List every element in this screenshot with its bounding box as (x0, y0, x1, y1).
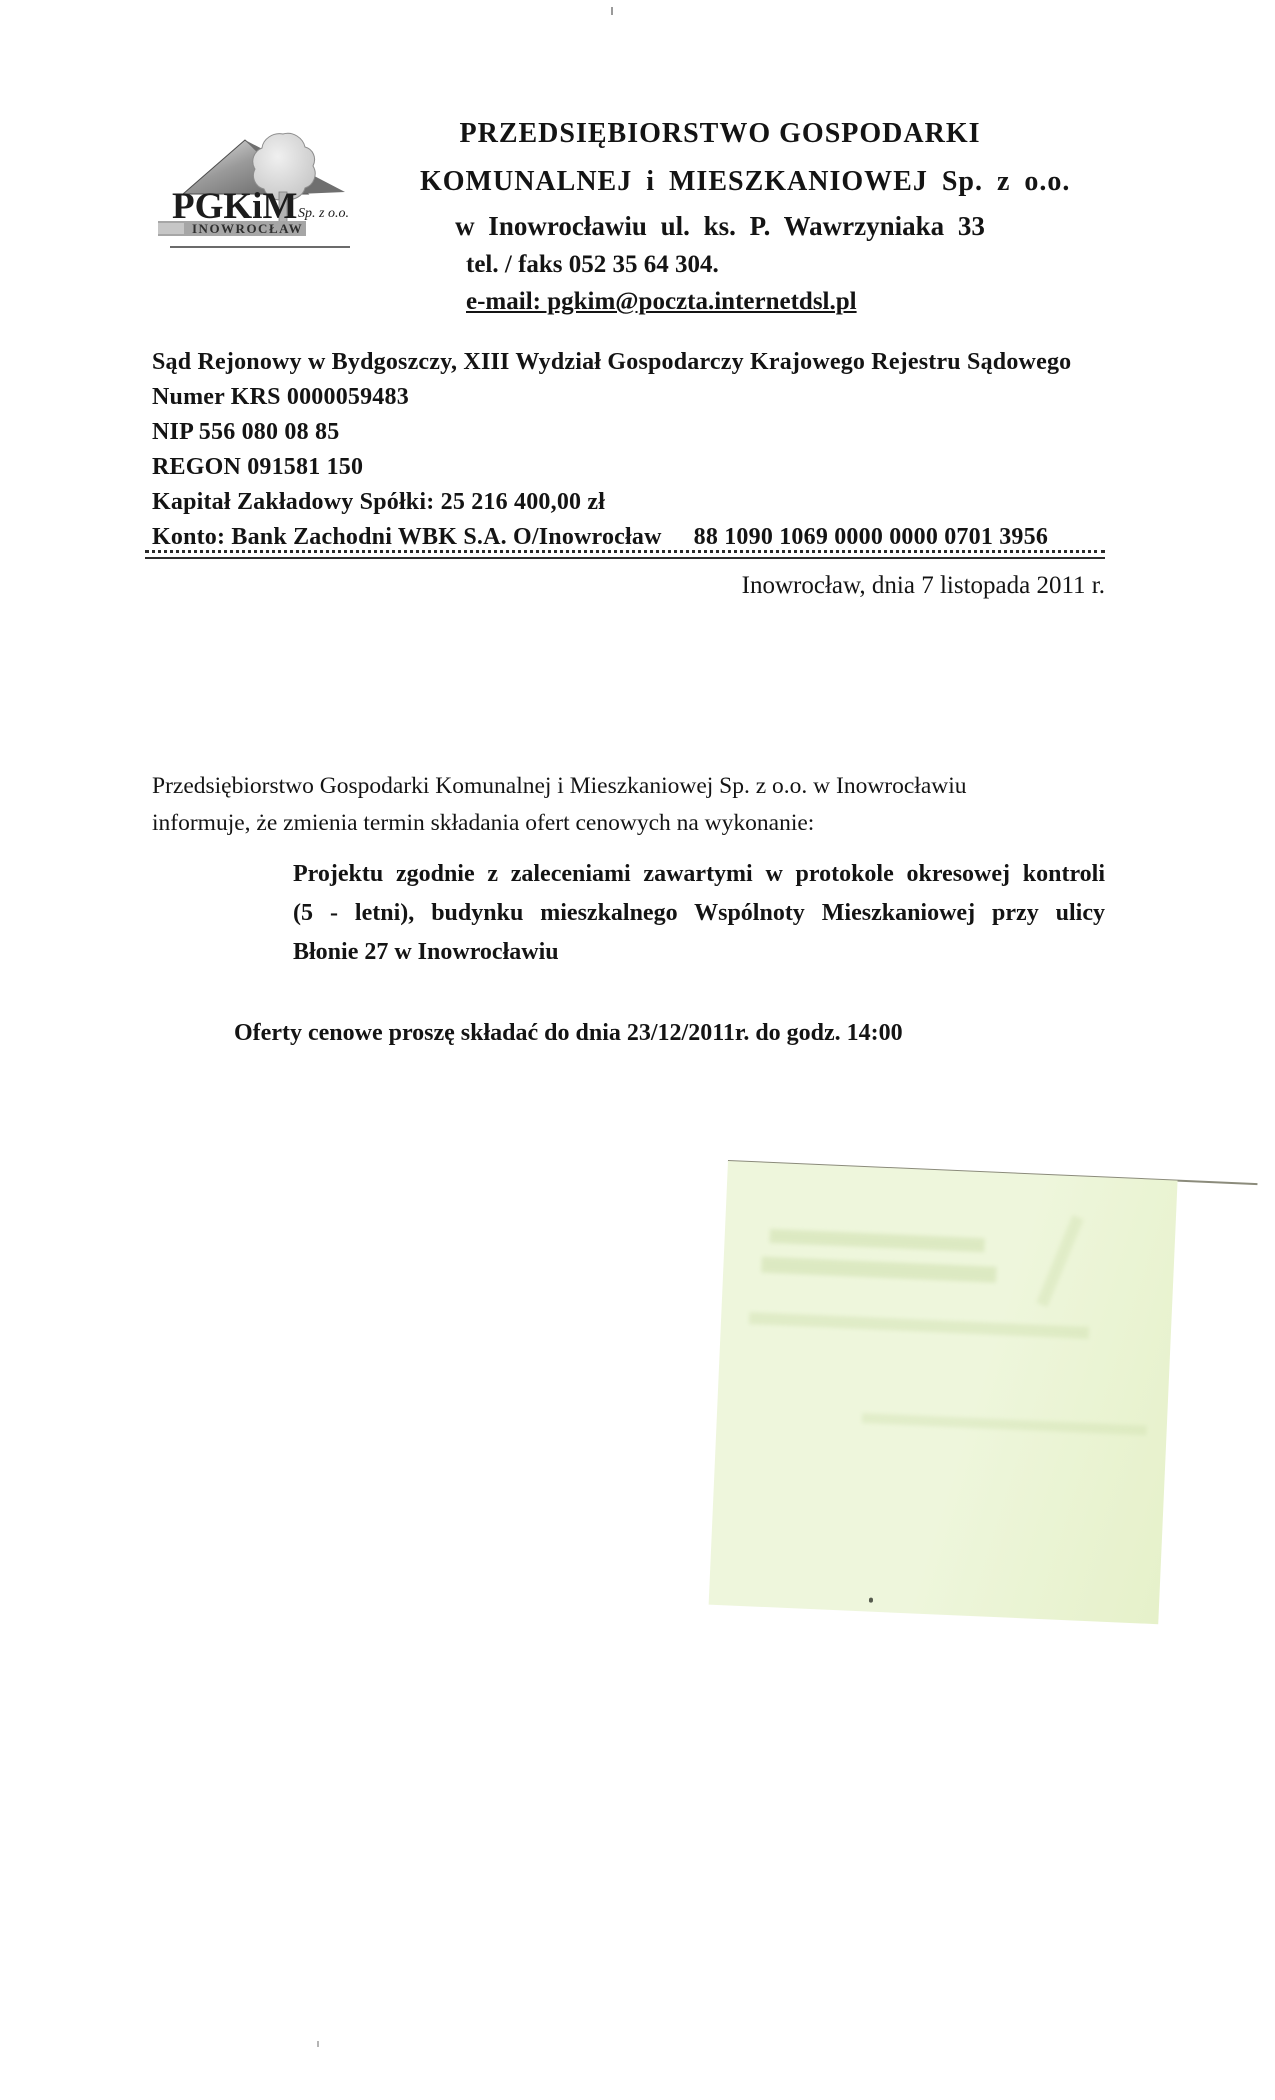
subject-line2: (5 - letni), budynku mieszkalnego Wspóln… (293, 894, 1105, 933)
bank-account-label: Konto: Bank Zachodni WBK S.A. O/Inowrocł… (152, 524, 662, 550)
logo-suffix-text: Sp. z o.o. (298, 206, 349, 221)
company-name-line2: KOMUNALNEJ i MIESZKANIOWEJ Sp. z o.o. (420, 166, 1020, 198)
krs-number: Numer KRS 0000059483 (152, 384, 409, 411)
ink-dot (869, 1598, 873, 1603)
intro-paragraph: Przedsiębiorstwo Gospodarki Komunalnej i… (152, 768, 1052, 842)
ghost-text-line (749, 1312, 1089, 1339)
date-place-line: Inowrocław, dnia 7 listopada 2011 r. (600, 572, 1105, 600)
ghost-streak (1036, 1215, 1083, 1307)
registration-block: Sąd Rejonowy w Bydgoszczy, XIII Wydział … (152, 345, 1152, 560)
bank-account-number: 88 1090 1069 0000 0000 0701 3956 (694, 524, 1048, 550)
scan-speck (611, 7, 613, 15)
dotted-separator (145, 550, 1105, 559)
green-attachment-note (709, 1161, 1178, 1624)
share-capital: Kapitał Zakładowy Spółki: 25 216 400,00 … (152, 489, 605, 516)
company-logo: PGKiM INOWROCŁAW Sp. z o.o. (148, 118, 358, 253)
ghost-text-line (769, 1229, 984, 1252)
nip-number: NIP 556 080 08 85 (152, 419, 339, 446)
logo-city-text: INOWROCŁAW (192, 221, 303, 236)
bank-account-line: Konto: Bank Zachodni WBK S.A. O/Inowrocł… (152, 524, 1048, 551)
company-phone: tel. / faks 052 35 64 304. (466, 251, 1066, 279)
logo-underline (170, 246, 350, 248)
deadline-line: Oferty cenowe proszę składać do dnia 23/… (234, 1020, 903, 1047)
ghost-text-line (862, 1413, 1147, 1435)
scanned-letter-page: PGKiM INOWROCŁAW Sp. z o.o. PRZEDSIĘBIOR… (0, 0, 1275, 2100)
company-name-line1: PRZEDSIĘBIORSTWO GOSPODARKI (420, 118, 1020, 150)
regon-number: REGON 091581 150 (152, 454, 363, 481)
company-email: e-mail: pgkim@poczta.internetdsl.pl (466, 288, 1066, 316)
intro-line1: Przedsiębiorstwo Gospodarki Komunalnej i… (152, 768, 1052, 805)
scan-speck (317, 2041, 319, 2047)
intro-line2: informuje, że zmienia termin składania o… (152, 805, 1052, 842)
ghost-text-line (761, 1257, 996, 1283)
court-registry-line: Sąd Rejonowy w Bydgoszczy, XIII Wydział … (152, 349, 1071, 376)
company-address: w Inowrocławiu ul. ks. P. Wawrzyniaka 33 (420, 211, 1020, 242)
subject-line1: Projektu zgodnie z zaleceniami zawartymi… (293, 855, 1105, 894)
subject-paragraph: Projektu zgodnie z zaleceniami zawartymi… (293, 855, 1105, 972)
letterhead: PRZEDSIĘBIORSTWO GOSPODARKI KOMUNALNEJ i… (420, 0, 1020, 340)
subject-line3: Błonie 27 w Inowrocławiu (293, 933, 1105, 972)
